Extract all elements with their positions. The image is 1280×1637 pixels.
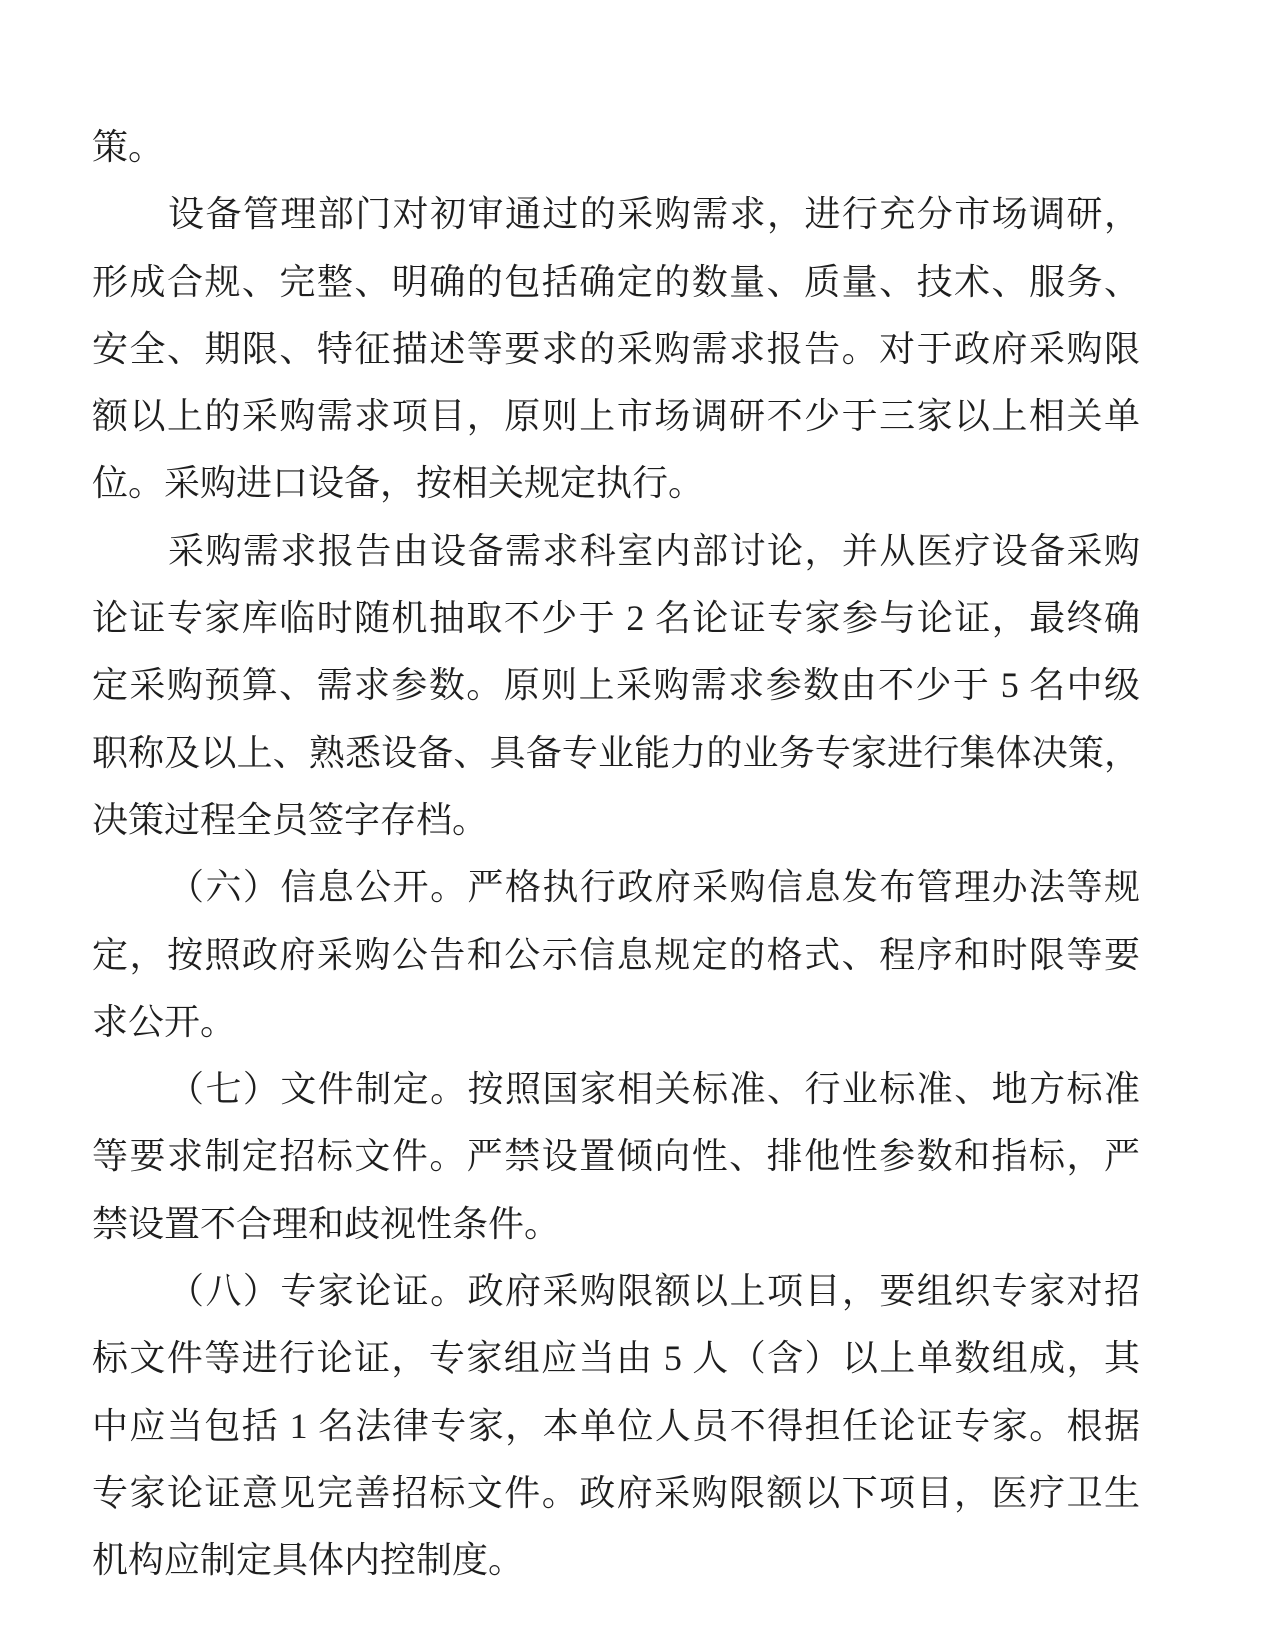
text-line: （八）专家论证。政府采购限额以上项目，要组织专家对招 xyxy=(92,1258,1140,1325)
text-line: （六）信息公开。严格执行政府采购信息发布管理办法等规 xyxy=(92,854,1140,921)
text-line: 定，按照政府采购公告和公示信息规定的格式、程序和时限等要 xyxy=(92,922,1140,989)
text-line: 机构应制定具体内控制度。 xyxy=(92,1527,1140,1594)
text-line: 采购需求报告由设备需求科室内部讨论，并从医疗设备采购 xyxy=(92,518,1140,585)
paragraph: （八）专家论证。政府采购限额以上项目，要组织专家对招标文件等进行论证，专家组应当… xyxy=(92,1258,1140,1594)
text-line: 求公开。 xyxy=(92,989,1140,1056)
paragraph: （七）文件制定。按照国家相关标准、行业标准、地方标准等要求制定招标文件。严禁设置… xyxy=(92,1056,1140,1258)
text-line: 安全、期限、特征描述等要求的采购需求报告。对于政府采购限 xyxy=(92,316,1140,383)
text-line: 策。 xyxy=(92,114,1140,181)
paragraph: 采购需求报告由设备需求科室内部讨论，并从医疗设备采购论证专家库临时随机抽取不少于… xyxy=(92,518,1140,854)
text-line: 标文件等进行论证，专家组应当由 5 人（含）以上单数组成，其 xyxy=(92,1325,1140,1392)
text-line: 决策过程全员签字存档。 xyxy=(92,787,1140,854)
text-line: 专家论证意见完善招标文件。政府采购限额以下项目，医疗卫生 xyxy=(92,1460,1140,1527)
text-line: 形成合规、完整、明确的包括确定的数量、质量、技术、服务、 xyxy=(92,249,1140,316)
text-line: 职称及以上、熟悉设备、具备专业能力的业务专家进行集体决策， xyxy=(92,720,1140,787)
paragraph: 策。 xyxy=(92,114,1140,181)
text-line: 设备管理部门对初审通过的采购需求，进行充分市场调研， xyxy=(92,181,1140,248)
text-line: 额以上的采购需求项目，原则上市场调研不少于三家以上相关单 xyxy=(92,383,1140,450)
text-line: 论证专家库临时随机抽取不少于 2 名论证专家参与论证，最终确 xyxy=(92,585,1140,652)
document-page: 策。设备管理部门对初审通过的采购需求，进行充分市场调研，形成合规、完整、明确的包… xyxy=(0,0,1280,1637)
text-line: （七）文件制定。按照国家相关标准、行业标准、地方标准 xyxy=(92,1056,1140,1123)
paragraph: 设备管理部门对初审通过的采购需求，进行充分市场调研，形成合规、完整、明确的包括确… xyxy=(92,181,1140,517)
text-line: 位。采购进口设备，按相关规定执行。 xyxy=(92,450,1140,517)
paragraph: （六）信息公开。严格执行政府采购信息发布管理办法等规定，按照政府采购公告和公示信… xyxy=(92,854,1140,1056)
text-line: 中应当包括 1 名法律专家，本单位人员不得担任论证专家。根据 xyxy=(92,1393,1140,1460)
document-text: 策。设备管理部门对初审通过的采购需求，进行充分市场调研，形成合规、完整、明确的包… xyxy=(92,114,1140,1595)
text-line: 定采购预算、需求参数。原则上采购需求参数由不少于 5 名中级 xyxy=(92,652,1140,719)
text-line: 禁设置不合理和歧视性条件。 xyxy=(92,1191,1140,1258)
text-line: 等要求制定招标文件。严禁设置倾向性、排他性参数和指标，严 xyxy=(92,1123,1140,1190)
